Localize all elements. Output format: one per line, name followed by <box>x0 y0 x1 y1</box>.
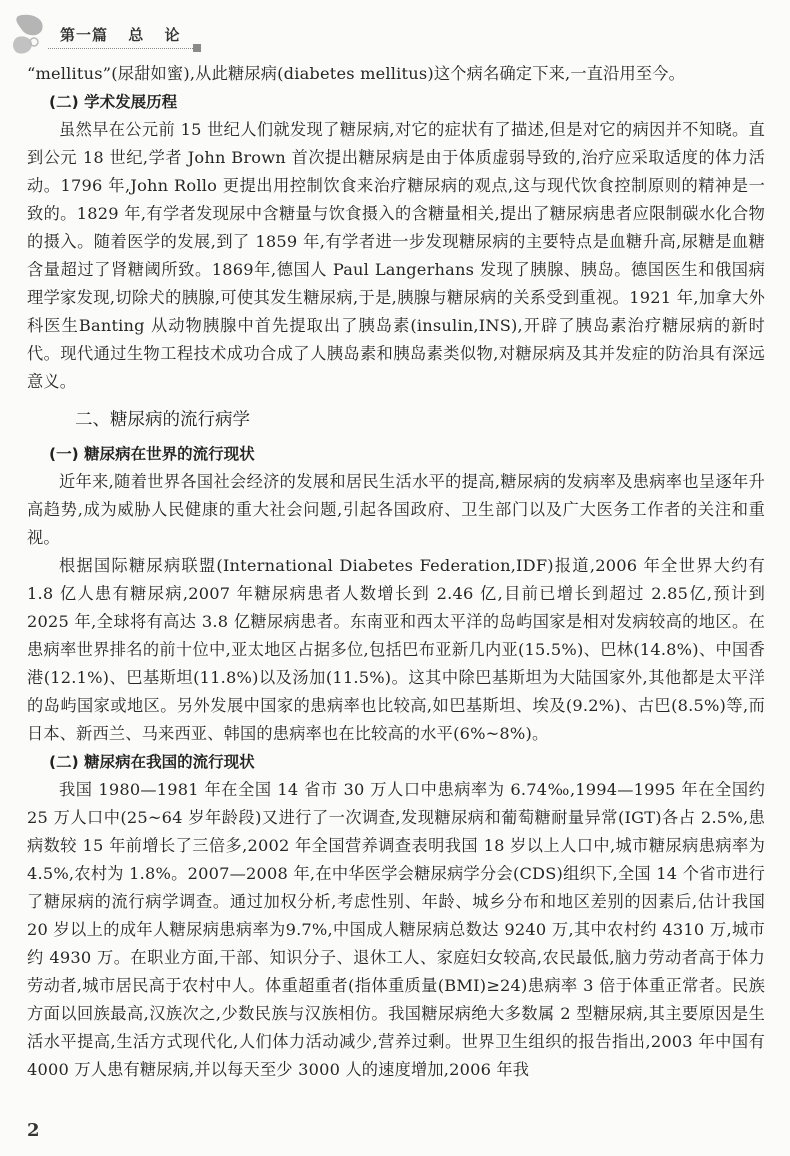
header-square-marker <box>193 44 201 52</box>
chapter-title: 第一篇 总 论 <box>60 24 180 45</box>
continuation-paragraph: “mellitus”(尿甜如蜜),从此糖尿病(diabetes mellitus… <box>27 60 765 88</box>
paragraph-academic-history: 虽然早在公元前 15 世纪人们就发现了糖尿病,对它的症状有了描述,但是对它的病因… <box>27 116 765 396</box>
running-header: 第一篇 总 论 <box>0 0 220 60</box>
paragraph-world-trend: 近年来,随着世界各国社会经济的发展和居民生活水平的提高,糖尿病的发病率及患病率也… <box>27 468 765 552</box>
page-body: “mellitus”(尿甜如蜜),从此糖尿病(diabetes mellitus… <box>27 60 765 1084</box>
paragraph-china-prevalence: 我国 1980—1981 年在全国 14 省市 30 万人口中患病率为 6.74… <box>27 776 765 1084</box>
subsection-heading-china-prevalence: (二) 糖尿病在我国的流行现状 <box>27 748 765 776</box>
header-dotted-rule <box>48 48 193 49</box>
decorative-leaf-logo-icon <box>12 12 52 62</box>
subsection-heading-world-prevalence: (一) 糖尿病在世界的流行现状 <box>27 440 765 468</box>
subsection-heading-academic-history: (二) 学术发展历程 <box>27 88 765 116</box>
page-number: 2 <box>27 1120 40 1141</box>
paragraph-idf-report: 根据国际糖尿病联盟(International Diabetes Federat… <box>27 552 765 748</box>
section-heading-epidemiology: 二、糖尿病的流行病学 <box>27 406 765 434</box>
